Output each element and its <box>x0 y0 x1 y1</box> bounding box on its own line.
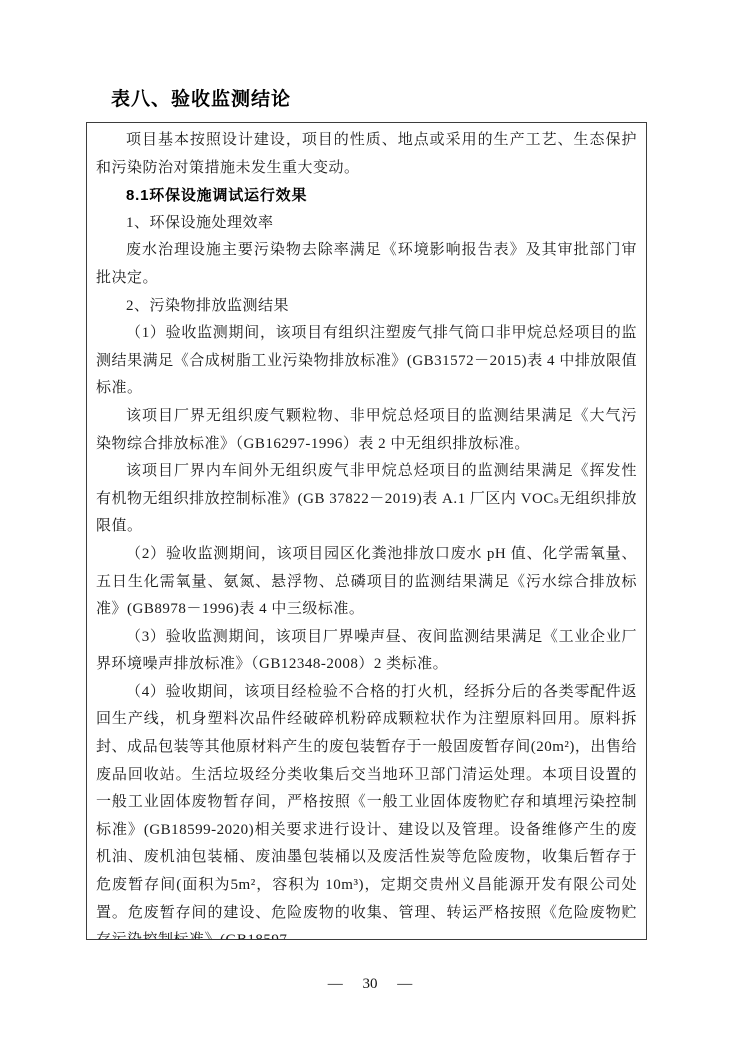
paragraph: （1）验收监测期间，该项目有组织注塑废气排气筒口非甲烷总烃项目的监测结果满足《合… <box>96 320 637 403</box>
paragraph: 废水治理设施主要污染物去除率满足《环境影响报告表》及其审批部门审批决定。 <box>96 237 637 292</box>
section-heading: 8.1环保设施调试运行效果 <box>96 182 637 210</box>
paragraph: （2）验收监测期间，该项目园区化粪池排放口废水 pH 值、化学需氧量、五日生化需… <box>96 541 637 624</box>
page-footer: — 30 — <box>0 976 740 993</box>
page-title: 表八、验收监测结论 <box>111 84 291 111</box>
paragraph-container: 项目基本按照设计建设，项目的性质、地点或采用的生产工艺、生态保护和污染防治对策措… <box>96 127 637 940</box>
content-box: 项目基本按照设计建设，项目的性质、地点或采用的生产工艺、生态保护和污染防治对策措… <box>86 122 647 940</box>
footer-left-dash: — <box>328 976 343 992</box>
paragraph: 该项目厂界内车间外无组织废气非甲烷总烃项目的监测结果满足《挥发性有机物无组织排放… <box>96 458 637 541</box>
footer-right-dash: — <box>397 976 412 992</box>
paragraph: 项目基本按照设计建设，项目的性质、地点或采用的生产工艺、生态保护和污染防治对策措… <box>96 127 637 182</box>
paragraph: 该项目厂界无组织废气颗粒物、非甲烷总烃项目的监测结果满足《大气污染物综合排放标准… <box>96 403 637 458</box>
paragraph: （3）验收监测期间，该项目厂界噪声昼、夜间监测结果满足《工业企业厂界环境噪声排放… <box>96 624 637 679</box>
paragraph: （4）验收期间，该项目经检验不合格的打火机，经拆分后的各类零配件返回生产线，机身… <box>96 679 637 940</box>
paragraph: 2、污染物排放监测结果 <box>96 293 637 321</box>
paragraph: 1、环保设施处理效率 <box>96 210 637 238</box>
page-number: 30 <box>363 976 378 993</box>
document-page: 表八、验收监测结论 项目基本按照设计建设，项目的性质、地点或采用的生产工艺、生态… <box>0 0 740 1046</box>
